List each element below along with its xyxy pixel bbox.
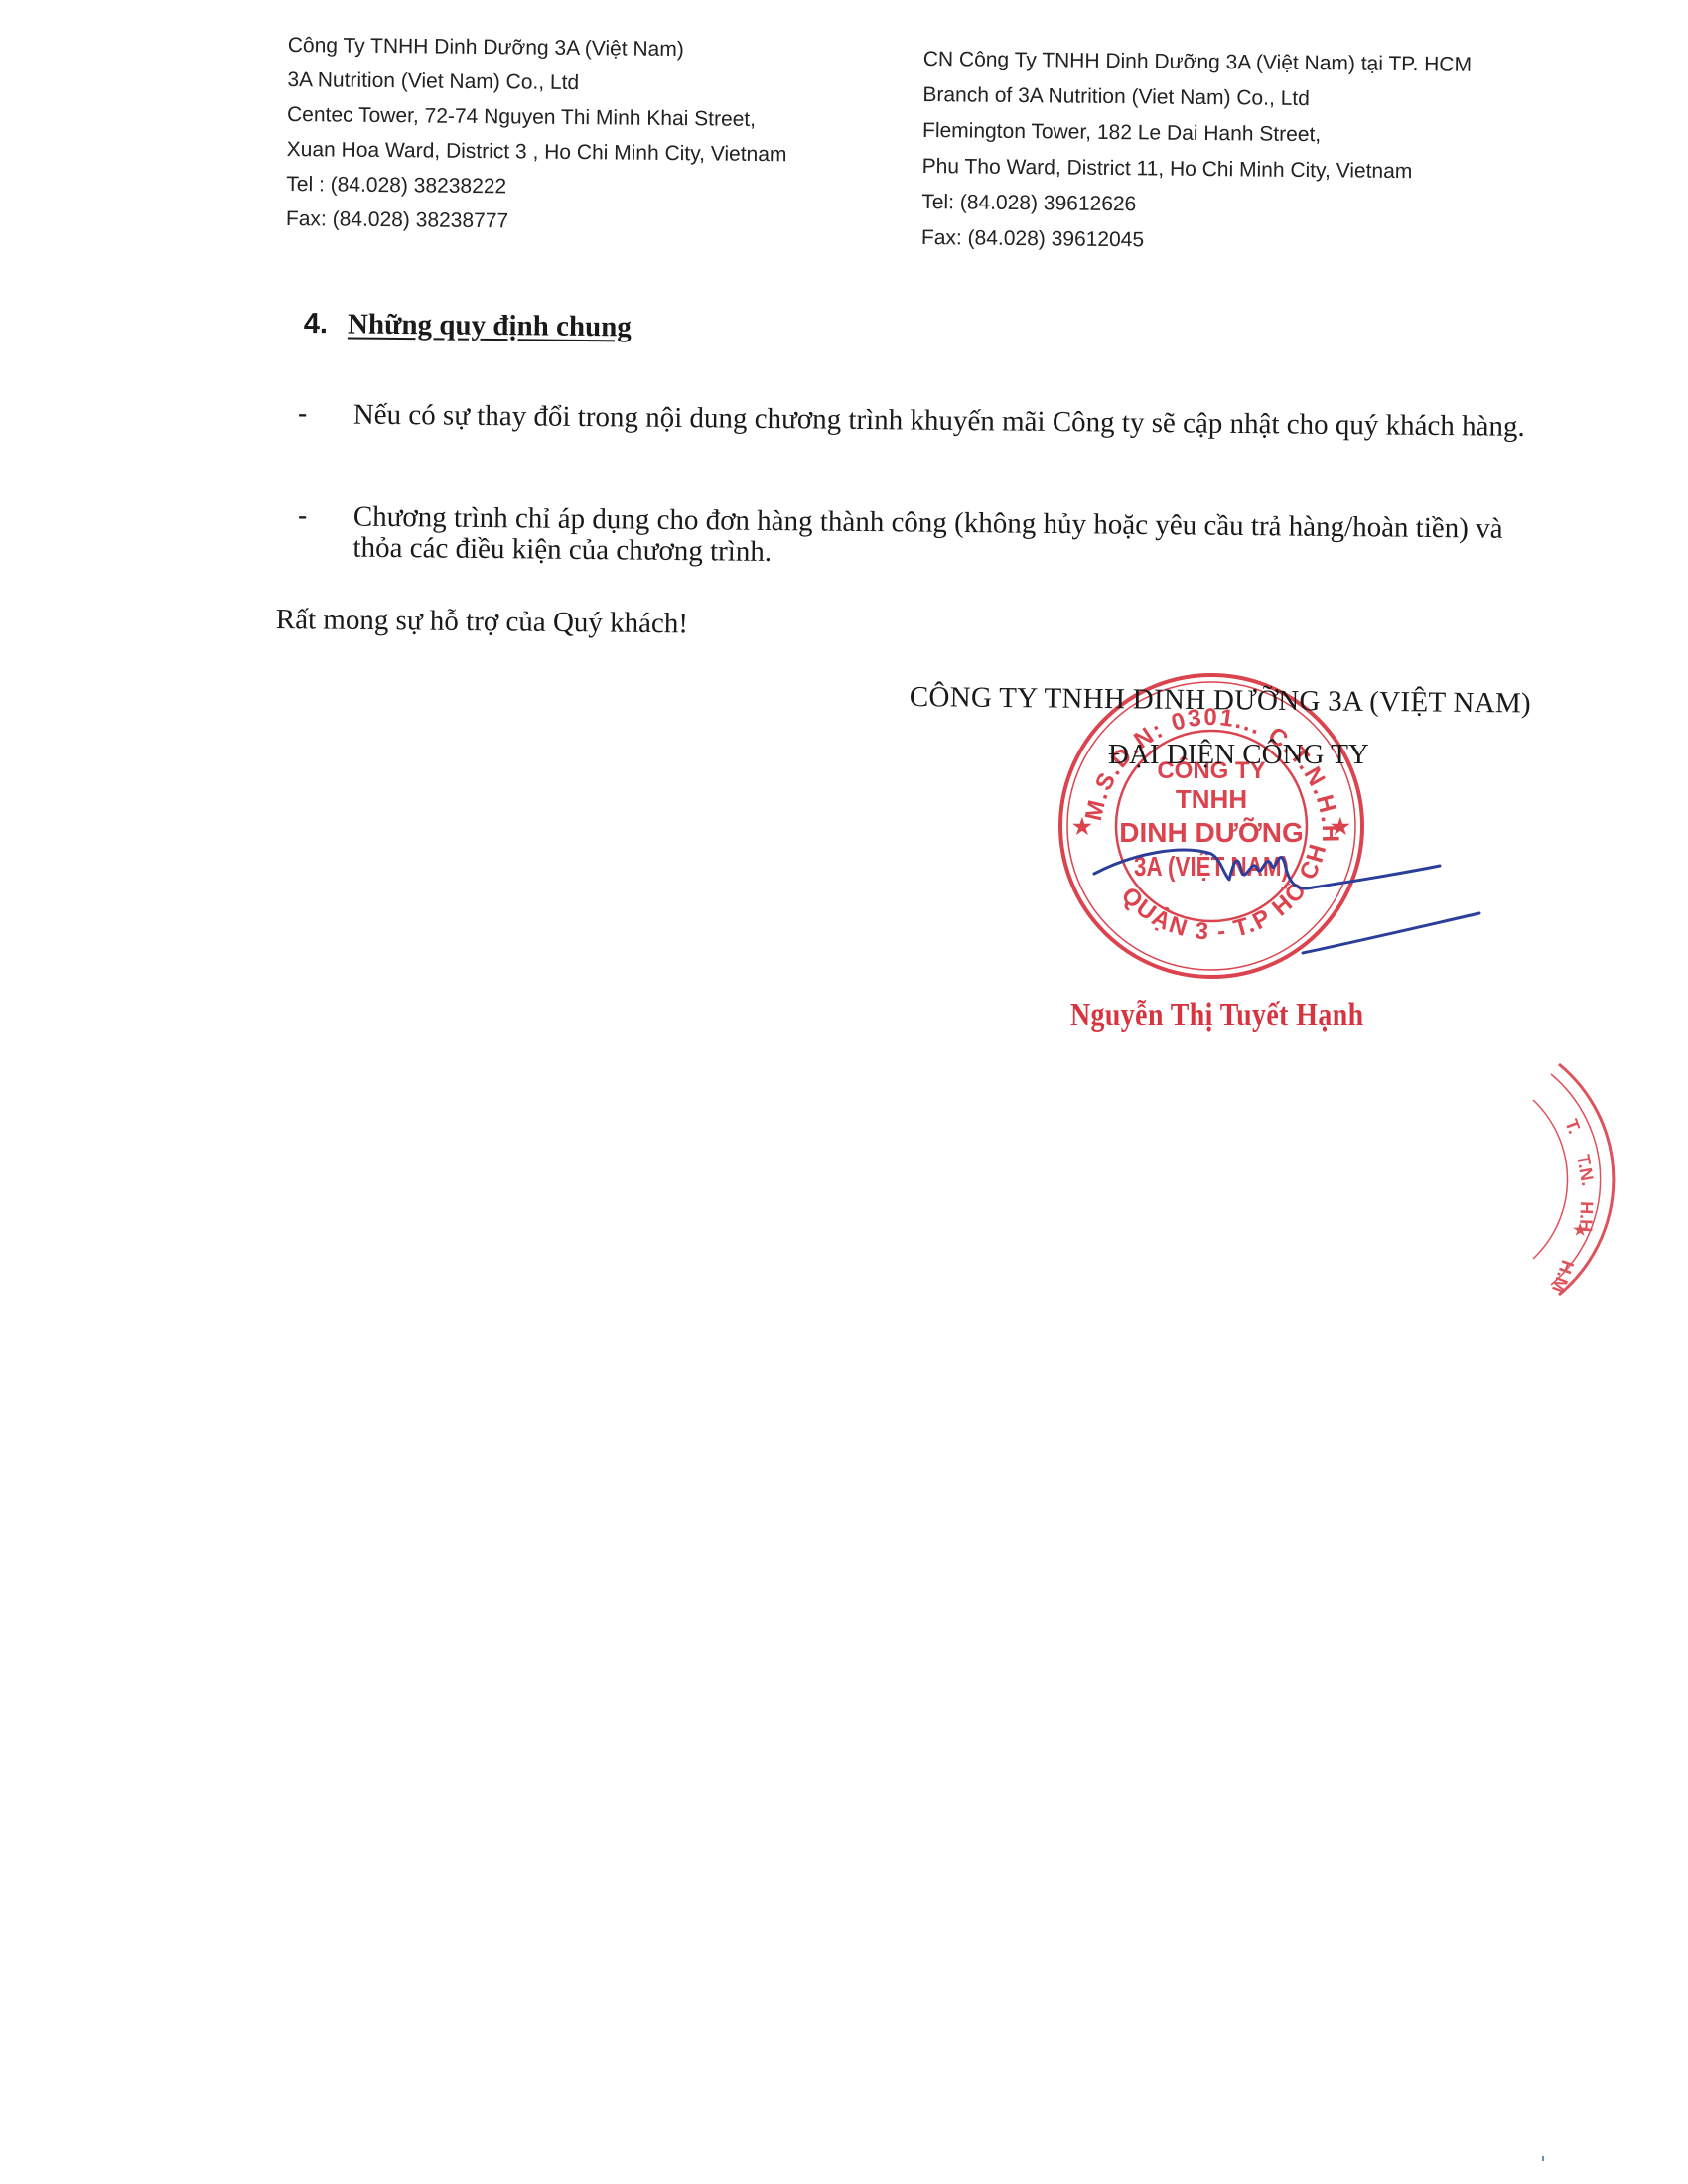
phone-line: Tel: (84.028) 39612626 bbox=[921, 185, 1471, 226]
closing-remark: Rất mong sự hỗ trợ của Quý khách! bbox=[276, 604, 689, 640]
bullet-dash: - bbox=[298, 399, 308, 430]
signer-name: Nguyễn Thị Tuyết Hạnh bbox=[1070, 997, 1364, 1034]
svg-text:H.M: H.M bbox=[1548, 1258, 1578, 1296]
handwritten-signature-icon bbox=[1092, 834, 1489, 973]
svg-text:★: ★ bbox=[1573, 1222, 1588, 1239]
fax-line: Fax: (84.028) 38238777 bbox=[286, 202, 786, 241]
company-address-hq: Công Ty TNHH Dinh Dưỡng 3A (Việt Nam) 3A… bbox=[286, 28, 788, 241]
list-item: - Nếu có sự thay đổi trong nội dung chươ… bbox=[298, 399, 1549, 443]
signature-company-name: CÔNG TY TNHH DINH DƯỠNG 3A (VIỆT NAM) bbox=[910, 681, 1532, 721]
address-line: Phu Tho Ward, District 11, Ho Chi Minh C… bbox=[921, 149, 1471, 191]
address-line: Centec Tower, 72-74 Nguyen Thi Minh Khai… bbox=[287, 97, 787, 137]
fax-line: Fax: (84.028) 39612045 bbox=[921, 220, 1471, 262]
svg-text:★: ★ bbox=[1072, 814, 1092, 839]
bullet-text: Nếu có sự thay đổi trong nội dung chương… bbox=[353, 400, 1549, 444]
section-heading: 4.Những quy định chung bbox=[304, 308, 632, 343]
partial-seal-icon: T. T.N. H.H ★ H.M bbox=[1529, 1060, 1648, 1298]
phone-line: Tel : (84.028) 38238222 bbox=[286, 167, 786, 206]
signature-role: ĐẠI DIỆN CÔNG TY bbox=[1108, 739, 1369, 771]
svg-text:T.N.: T.N. bbox=[1573, 1153, 1598, 1187]
scan-speck bbox=[1542, 2156, 1544, 2161]
address-line: Flemington Tower, 182 Le Dai Hanh Street… bbox=[922, 113, 1472, 155]
section-title: Những quy định chung bbox=[348, 308, 632, 342]
list-item: - Chương trình chỉ áp dụng cho đơn hàng … bbox=[297, 501, 1549, 576]
bullet-dash: - bbox=[298, 501, 308, 532]
svg-text:T.: T. bbox=[1561, 1117, 1585, 1137]
address-line: Branch of 3A Nutrition (Viet Nam) Co., L… bbox=[922, 77, 1472, 119]
address-line: Công Ty TNHH Dinh Dưỡng 3A (Việt Nam) bbox=[288, 28, 788, 68]
company-address-branch: CN Công Ty TNHH Dinh Dưỡng 3A (Việt Nam)… bbox=[921, 42, 1472, 262]
section-number: 4. bbox=[304, 308, 329, 340]
address-line: 3A Nutrition (Viet Nam) Co., Ltd bbox=[287, 63, 787, 102]
svg-text:TNHH: TNHH bbox=[1176, 784, 1247, 814]
address-line: CN Công Ty TNHH Dinh Dưỡng 3A (Việt Nam)… bbox=[923, 42, 1473, 83]
bullet-text: Chương trình chỉ áp dụng cho đơn hàng th… bbox=[352, 502, 1549, 577]
address-line: Xuan Hoa Ward, District 3 , Ho Chi Minh … bbox=[287, 132, 787, 172]
